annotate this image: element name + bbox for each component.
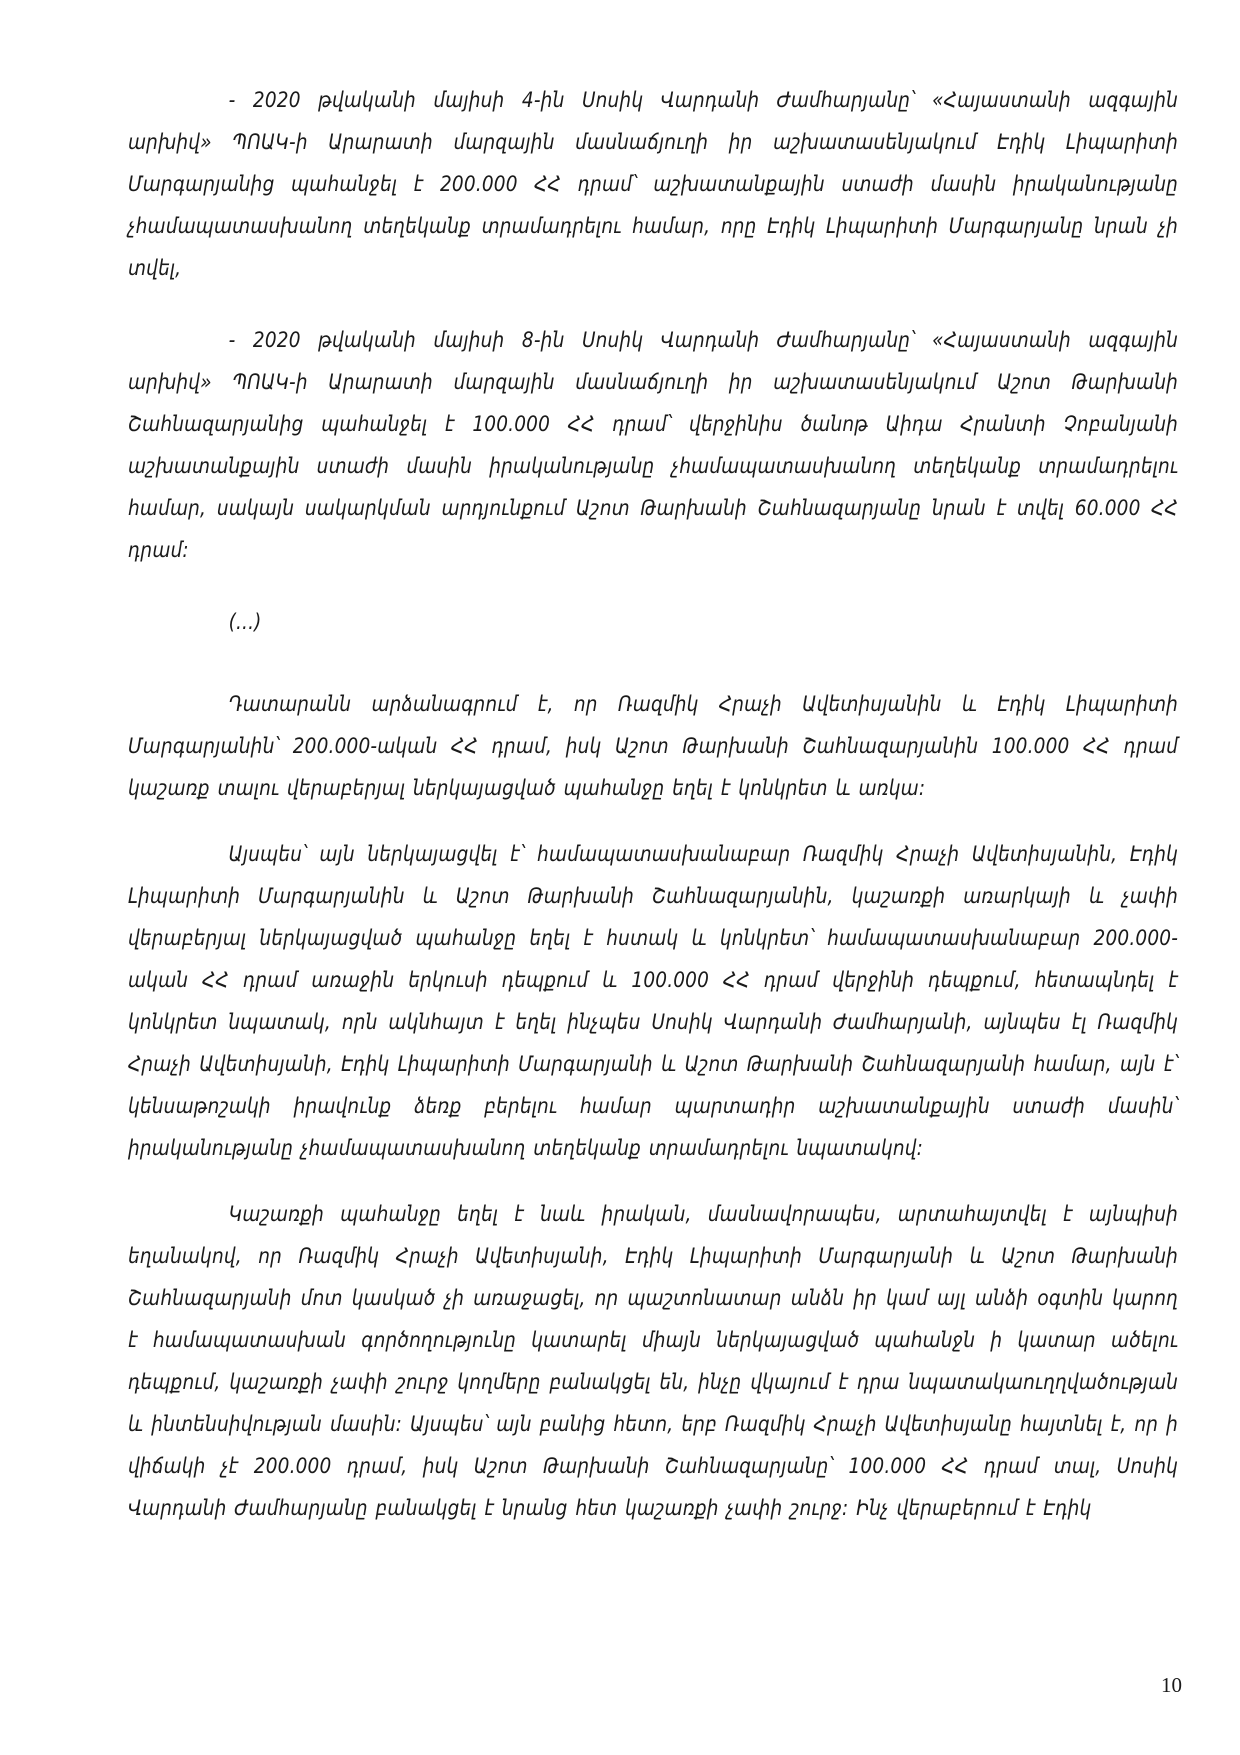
document-page: - 2020 թվականի մայիսի 4-ին Սոսիկ Վարդանի… [128, 80, 1178, 1554]
paragraph-may-8-demand: - 2020 թվականի մայիսի 8-ին Սոսիկ Վարդանի… [128, 320, 1178, 572]
paragraph-court-finding: Դատարանն արձանագրում է, որ Ռազմիկ Հրաչի … [128, 684, 1178, 810]
paragraph-may-4-demand: - 2020 թվականի մայիսի 4-ին Սոսիկ Վարդանի… [128, 80, 1178, 290]
paragraph-demand-reality: Կաշառքի պահանջը եղել է նաև իրական, մասնա… [128, 1194, 1178, 1530]
paragraph-omission: (...) [128, 602, 1178, 644]
page-number: 10 [1161, 1673, 1182, 1698]
paragraph-demand-specifics: Այսպես՝ այն ներկայացվել է՝ համապատասխանա… [128, 834, 1178, 1170]
